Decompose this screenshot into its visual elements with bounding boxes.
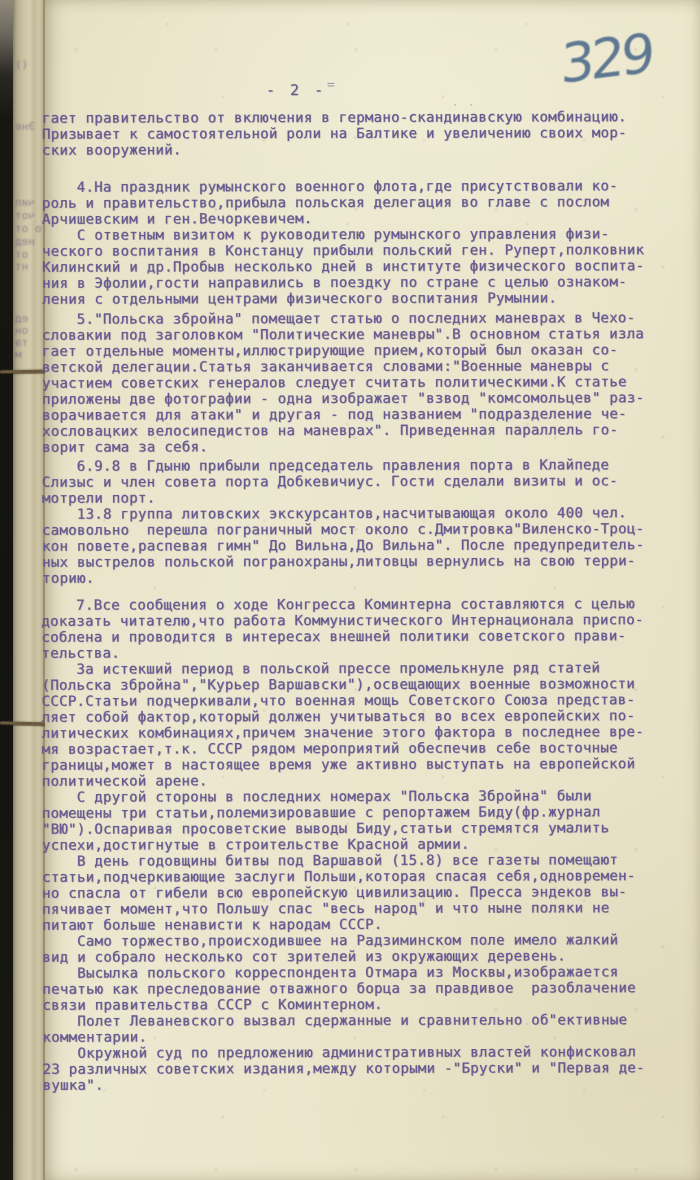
edge-fragment: нед [15, 235, 35, 248]
edge-fragment: чип [15, 196, 35, 209]
edge-fragment: () [15, 58, 28, 71]
paragraph-item-4: 4.На праздник румынского военного флота,… [42, 178, 645, 308]
edge-fragment: о от [15, 222, 42, 235]
paragraph-continuation: гает правительство от включения в герман… [42, 109, 627, 159]
underlying-page-edge [13, 0, 45, 1180]
edge-fragment: нт [15, 260, 28, 273]
edge-fragment: м [15, 348, 22, 361]
edge-fragment: Эне [15, 120, 35, 133]
scanner-edge [0, 0, 13, 1180]
edge-fragment: чот [15, 209, 35, 222]
handwritten-folio-number: 329 [560, 19, 671, 123]
paragraph-item-5: 5."Польска збройна" помещает статью о по… [42, 310, 645, 456]
paragraph-item-7: 7.Все сообщения о ходе Конгресса Коминте… [41, 596, 645, 1094]
page-number: - 2 - [266, 81, 326, 99]
typewriter-artifact: = [327, 78, 336, 93]
paragraph-item-6: 6.9.8 в Гдыню прибыли председатель правл… [42, 457, 645, 587]
